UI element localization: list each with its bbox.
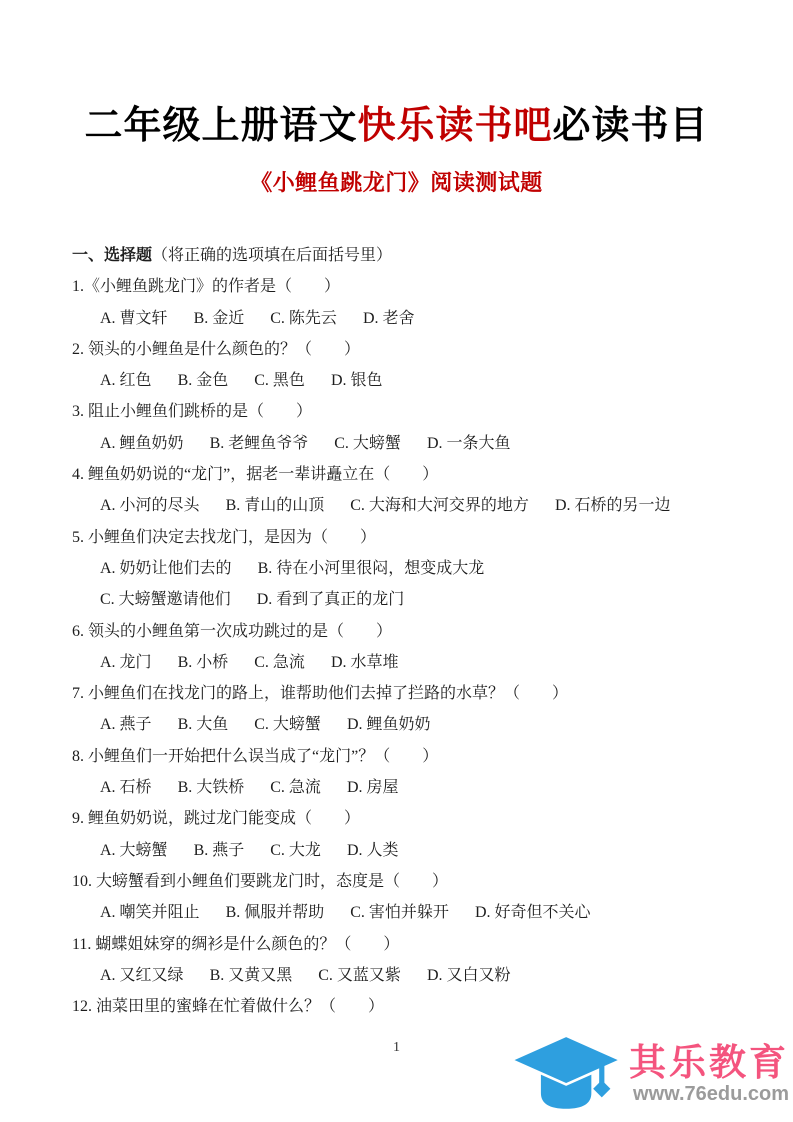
option-line: A. 石桥B. 大铁桥C. 急流D. 房屋 [72,772,763,803]
question-text: 10. 大螃蟹看到小鲤鱼们要跳龙门时，态度是（ ） [72,866,763,897]
option: B. 大铁桥 [178,772,245,803]
option: B. 又黄又黑 [210,960,293,991]
option: C. 大螃蟹邀请他们 [100,584,231,615]
question-item: 4. 鲤鱼奶奶说的“龙门”，据老一辈讲矗立在（ ）A. 小河的尽头B. 青山的山… [72,459,763,522]
option: D. 鲤鱼奶奶 [347,709,431,740]
option: D. 一条大鱼 [427,428,511,459]
option: A. 大螃蟹 [100,835,168,866]
question-content: 一、选择题（将正确的选项填在后面括号里） 1.《小鲤鱼跳龙门》的作者是（ ）A.… [72,240,763,1022]
option: B. 青山的山顶 [226,490,325,521]
option: C. 急流 [254,647,305,678]
option: B. 大鱼 [178,709,229,740]
question-text: 11. 蝴蝶姐妹穿的绸衫是什么颜色的？（ ） [72,929,763,960]
option: D. 房屋 [347,772,399,803]
option: A. 奶奶让他们去的 [100,553,232,584]
brand-website: www.76edu.com [629,1083,789,1105]
option: D. 银色 [331,365,383,396]
question-text: 8. 小鲤鱼们一开始把什么误当成了“龙门”？（ ） [72,741,763,772]
option-line: A. 曹文轩B. 金近C. 陈先云D. 老舍 [72,303,763,334]
page-title: 二年级上册语文快乐读书吧必读书目 [0,94,793,149]
option: D. 又白又粉 [427,960,511,991]
option-line: A. 嘲笑并阻止B. 佩服并帮助C. 害怕并躲开D. 好奇但不关心 [72,897,763,928]
question-text: 3. 阻止小鲤鱼们跳桥的是（ ） [72,396,763,427]
brand-text: 其乐教育 www.76edu.com [629,1043,789,1105]
option: D. 人类 [347,835,399,866]
option: B. 燕子 [194,835,245,866]
option: C. 陈先云 [270,303,337,334]
section-header: 一、选择题（将正确的选项填在后面括号里） [72,240,763,271]
option: C. 大螃蟹 [334,428,401,459]
option: B. 金色 [178,365,229,396]
option: C. 大螃蟹 [254,709,321,740]
question-item: 2. 领头的小鲤鱼是什么颜色的？（ ）A. 红色B. 金色C. 黑色D. 银色 [72,334,763,397]
option: C. 又蓝又紫 [318,960,401,991]
option: D. 好奇但不关心 [475,897,591,928]
document-subtitle: 《小鲤鱼跳龙门》阅读测试题 [0,166,793,197]
question-text: 1.《小鲤鱼跳龙门》的作者是（ ） [72,271,763,302]
option: D. 水草堆 [331,647,399,678]
option-line: A. 燕子B. 大鱼C. 大螃蟹D. 鲤鱼奶奶 [72,709,763,740]
option: C. 黑色 [254,365,305,396]
question-item: 6. 领头的小鲤鱼第一次成功跳过的是（ ）A. 龙门B. 小桥C. 急流D. 水… [72,616,763,679]
question-text: 7. 小鲤鱼们在找龙门的路上，谁帮助他们去掉了拦路的水草？（ ） [72,678,763,709]
question-list: 1.《小鲤鱼跳龙门》的作者是（ ）A. 曹文轩B. 金近C. 陈先云D. 老舍2… [72,271,763,1022]
option-line: A. 红色B. 金色C. 黑色D. 银色 [72,365,763,396]
option: D. 老舍 [363,303,415,334]
question-item: 11. 蝴蝶姐妹穿的绸衫是什么颜色的？（ ）A. 又红又绿B. 又黄又黑C. 又… [72,929,763,992]
option: A. 红色 [100,365,152,396]
option: A. 龙门 [100,647,152,678]
question-text: 9. 鲤鱼奶奶说，跳过龙门能变成（ ） [72,803,763,834]
option: C. 大海和大河交界的地方 [350,490,529,521]
option: B. 佩服并帮助 [226,897,325,928]
question-item: 10. 大螃蟹看到小鲤鱼们要跳龙门时，态度是（ ）A. 嘲笑并阻止B. 佩服并帮… [72,866,763,929]
question-text: 12. 油菜田里的蜜蜂在忙着做什么？（ ） [72,991,763,1022]
option: C. 大龙 [270,835,321,866]
option: A. 曹文轩 [100,303,168,334]
option: C. 急流 [270,772,321,803]
option: A. 燕子 [100,709,152,740]
brand-name: 其乐教育 [629,1043,789,1083]
question-item: 12. 油菜田里的蜜蜂在忙着做什么？（ ） [72,991,763,1022]
option-line: A. 龙门B. 小桥C. 急流D. 水草堆 [72,647,763,678]
question-item: 8. 小鲤鱼们一开始把什么误当成了“龙门”？（ ）A. 石桥B. 大铁桥C. 急… [72,741,763,804]
brand-footer: 其乐教育 www.76edu.com [509,1034,789,1114]
option-line: A. 小河的尽头B. 青山的山顶C. 大海和大河交界的地方D. 石桥的另一边 [72,490,763,521]
option: B. 待在小河里很闷，想变成大龙 [258,553,485,584]
section-hint: （将正确的选项填在后面括号里） [152,247,392,264]
option: D. 石桥的另一边 [555,490,671,521]
option-line: A. 鲤鱼奶奶B. 老鲤鱼爷爷C. 大螃蟹D. 一条大鱼 [72,428,763,459]
question-text: 6. 领头的小鲤鱼第一次成功跳过的是（ ） [72,616,763,647]
option: A. 石桥 [100,772,152,803]
question-item: 9. 鲤鱼奶奶说，跳过龙门能变成（ ）A. 大螃蟹B. 燕子C. 大龙D. 人类 [72,803,763,866]
document-page: 二年级上册语文快乐读书吧必读书目 《小鲤鱼跳龙门》阅读测试题 一、选择题（将正确… [0,0,793,1122]
title-highlight: 快乐读书吧 [357,105,552,147]
graduation-cap-icon [509,1034,625,1114]
question-item: 3. 阻止小鲤鱼们跳桥的是（ ）A. 鲤鱼奶奶B. 老鲤鱼爷爷C. 大螃蟹D. … [72,396,763,459]
question-text: 2. 领头的小鲤鱼是什么颜色的？（ ） [72,334,763,365]
question-item: 7. 小鲤鱼们在找龙门的路上，谁帮助他们去掉了拦路的水草？（ ）A. 燕子B. … [72,678,763,741]
option: B. 金近 [194,303,245,334]
question-text: 5. 小鲤鱼们决定去找龙门，是因为（ ） [72,522,763,553]
option: A. 又红又绿 [100,960,184,991]
option-line: A. 大螃蟹B. 燕子C. 大龙D. 人类 [72,835,763,866]
option: D. 看到了真正的龙门 [257,584,405,615]
title-part-before: 二年级上册语文 [84,105,357,147]
option: A. 小河的尽头 [100,490,200,521]
option: C. 害怕并躲开 [350,897,449,928]
question-item: 1.《小鲤鱼跳龙门》的作者是（ ）A. 曹文轩B. 金近C. 陈先云D. 老舍 [72,271,763,334]
option-line: A. 又红又绿B. 又黄又黑C. 又蓝又紫D. 又白又粉 [72,960,763,991]
question-text: 4. 鲤鱼奶奶说的“龙门”，据老一辈讲矗立在（ ） [72,459,763,490]
option-line: C. 大螃蟹邀请他们D. 看到了真正的龙门 [72,584,763,615]
option: B. 小桥 [178,647,229,678]
section-label: 一、选择题 [72,247,152,264]
option: A. 鲤鱼奶奶 [100,428,184,459]
option-line: A. 奶奶让他们去的B. 待在小河里很闷，想变成大龙 [72,553,763,584]
question-item: 5. 小鲤鱼们决定去找龙门，是因为（ ）A. 奶奶让他们去的B. 待在小河里很闷… [72,522,763,616]
option: A. 嘲笑并阻止 [100,897,200,928]
option: B. 老鲤鱼爷爷 [210,428,309,459]
title-part-after: 必读书目 [553,105,709,147]
